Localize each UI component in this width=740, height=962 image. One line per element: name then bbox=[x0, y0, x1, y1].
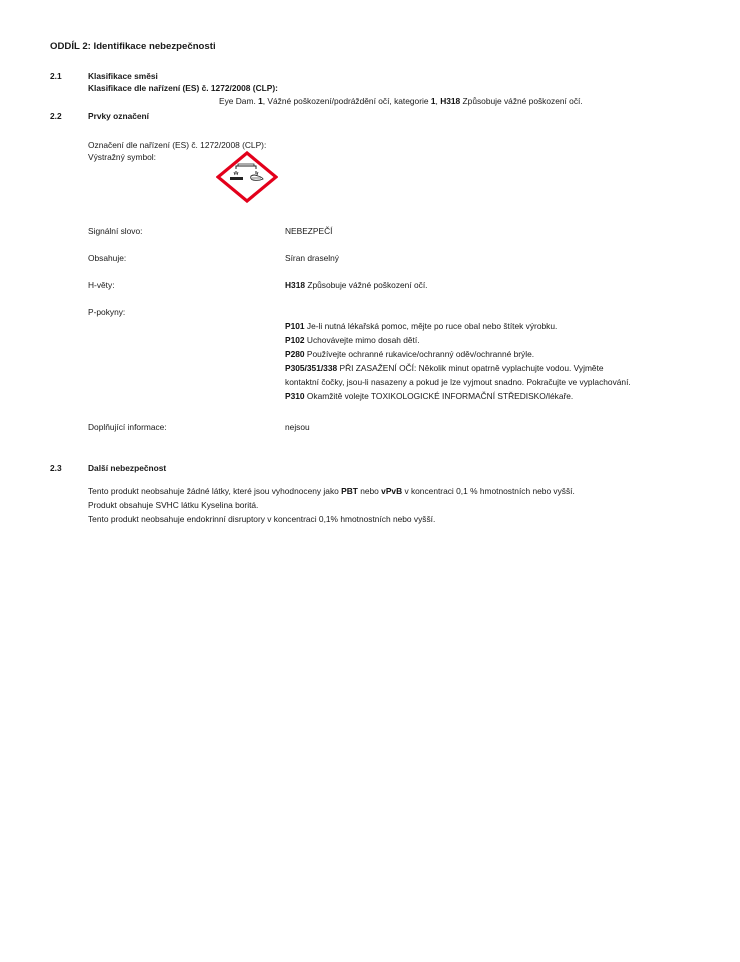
hazard-description: , Vážné poškození/podráždění očí, katego… bbox=[263, 96, 431, 106]
classification-regulation-heading: Klasifikace dle nařízení (ES) č. 1272/20… bbox=[88, 83, 278, 93]
section-2-1-heading: Klasifikace směsi bbox=[88, 71, 158, 81]
section-2-3-number: 2.3 bbox=[50, 463, 62, 473]
p-statement-code: P310 bbox=[285, 391, 305, 401]
p-statement-text: Okamžitě volejte TOXIKOLOGICKÉ INFORMAČN… bbox=[305, 391, 574, 401]
endocrine-statement: Tento produkt neobsahuje endokrinní disr… bbox=[88, 514, 435, 524]
supplementary-info-label: Doplňující informace: bbox=[88, 422, 167, 432]
section-2-2-number: 2.2 bbox=[50, 111, 62, 121]
p-statement-code: P305/351/338 bbox=[285, 363, 337, 373]
p-statement-code: P101 bbox=[285, 321, 305, 331]
corrosion-pictogram-icon bbox=[216, 151, 278, 203]
p-statement-text: Používejte ochranné rukavice/ochranný od… bbox=[305, 349, 535, 359]
p-statement: P280 Používejte ochranné rukavice/ochran… bbox=[285, 349, 534, 359]
p-statement-continuation: kontaktní čočky, jsou-li nasazeny a poku… bbox=[285, 377, 631, 387]
p-statement-code: P102 bbox=[285, 335, 305, 345]
pbt-term: PBT bbox=[341, 486, 358, 496]
p-statement-text: kontaktní čočky, jsou-li nasazeny a poku… bbox=[285, 377, 631, 387]
p-statement-code: P280 bbox=[285, 349, 305, 359]
p-statement: P101 Je-li nutná lékařská pomoc, mějte p… bbox=[285, 321, 557, 331]
hazard-code-description: Způsobuje vážné poškození očí. bbox=[460, 96, 582, 106]
signal-word-value: NEBEZPEČÍ bbox=[285, 226, 332, 236]
text: Tento produkt neobsahuje žádné látky, kt… bbox=[88, 486, 341, 496]
p-statement: P310 Okamžitě volejte TOXIKOLOGICKÉ INFO… bbox=[285, 391, 573, 401]
vpvb-term: vPvB bbox=[381, 486, 402, 496]
p-statement-text: Uchovávejte mimo dosah dětí. bbox=[305, 335, 420, 345]
section-2-3-heading: Další nebezpečnost bbox=[88, 463, 166, 473]
hazard-class: Eye Dam. bbox=[219, 96, 256, 106]
p-statements-label: P-pokyny: bbox=[88, 307, 125, 317]
supplementary-info-value: nejsou bbox=[285, 422, 310, 432]
signal-word-label: Signální slovo: bbox=[88, 226, 142, 236]
section-2-2-heading: Prvky označení bbox=[88, 111, 149, 121]
h-statement: H318 Způsobuje vážné poškození očí. bbox=[285, 280, 427, 290]
p-statement-text: PŘI ZASAŽENÍ OČÍ: Několik minut opatrně … bbox=[337, 363, 603, 373]
text: v koncentraci 0,1 % hmotnostních nebo vy… bbox=[402, 486, 575, 496]
contains-label: Obsahuje: bbox=[88, 253, 126, 263]
h-statement-code: H318 bbox=[285, 280, 305, 290]
svhc-statement: Produkt obsahuje SVHC látku Kyselina bor… bbox=[88, 500, 258, 510]
section-2-1-number: 2.1 bbox=[50, 71, 62, 81]
labelling-regulation: Označení dle nařízení (ES) č. 1272/2008 … bbox=[88, 140, 266, 150]
hazard-code: H318 bbox=[440, 96, 460, 106]
p-statement: P305/351/338 PŘI ZASAŽENÍ OČÍ: Několik m… bbox=[285, 363, 604, 373]
h-statement-text: Způsobuje vážné poškození očí. bbox=[305, 280, 427, 290]
text: nebo bbox=[358, 486, 381, 496]
h-statements-label: H-věty: bbox=[88, 280, 115, 290]
classification-line: Eye Dam. 1, Vážné poškození/podráždění o… bbox=[219, 96, 583, 106]
section-title: ODDÍL 2: Identifikace nebezpečnosti bbox=[50, 41, 216, 53]
p-statement: P102 Uchovávejte mimo dosah dětí. bbox=[285, 335, 420, 345]
pictogram-label: Výstražný symbol: bbox=[88, 152, 156, 162]
pbt-vpvb-statement: Tento produkt neobsahuje žádné látky, kt… bbox=[88, 486, 575, 496]
contains-value: Síran draselný bbox=[285, 253, 339, 263]
p-statement-text: Je-li nutná lékařská pomoc, mějte po ruc… bbox=[305, 321, 558, 331]
